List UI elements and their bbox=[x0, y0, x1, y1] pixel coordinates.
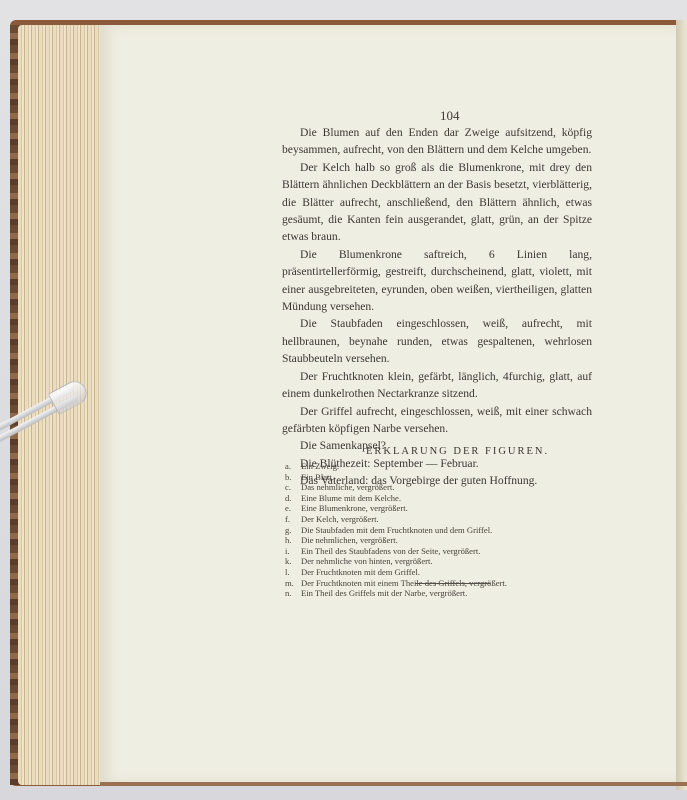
list-item: d.Eine Blume mit dem Kelche. bbox=[285, 493, 507, 504]
list-item: k.Der nehmliche von hinten, vergrößert. bbox=[285, 556, 507, 567]
paragraph: Der Kelch halb so groß als die Blumenkro… bbox=[282, 159, 592, 246]
paragraph: Die Blumen auf den Enden dar Zweige aufs… bbox=[282, 124, 592, 159]
list-item: a.Ein Zweig. bbox=[285, 461, 507, 472]
page-right-edge bbox=[676, 20, 687, 790]
figures-list: a.Ein Zweig. b.Ein Blatt. c.Das nehmlich… bbox=[285, 461, 507, 599]
list-item: h.Die nehmlichen, vergrößert. bbox=[285, 535, 507, 546]
cover-bottom-edge bbox=[100, 782, 687, 786]
paragraph: Die Blumenkrone saftreich, 6 Linien lang… bbox=[282, 246, 592, 316]
figures-heading: ERKLARUNG DER FIGUREN. bbox=[366, 446, 549, 457]
list-item: n.Ein Theil des Griffels mit der Narbe, … bbox=[285, 588, 507, 599]
list-item: g.Die Staubfaden mit dem Fruchtknoten un… bbox=[285, 525, 507, 536]
list-item: l.Der Fruchtknoten mit dem Griffel. bbox=[285, 567, 507, 578]
page-number: 104 bbox=[440, 108, 460, 124]
paragraph: Der Fruchtknoten klein, gefärbt, länglic… bbox=[282, 368, 592, 403]
list-item: f.Der Kelch, vergrößert. bbox=[285, 514, 507, 525]
description-text: Die Blumen auf den Enden dar Zweige aufs… bbox=[282, 124, 592, 490]
end-rule bbox=[415, 583, 490, 584]
list-item: e.Eine Blumenkrone, vergrößert. bbox=[285, 503, 507, 514]
paragraph: Die Staubfaden eingeschlossen, weiß, auf… bbox=[282, 315, 592, 367]
list-item: c.Das nehmliche, vergrößert. bbox=[285, 482, 507, 493]
paragraph: Der Griffel aufrecht, eingeschlossen, we… bbox=[282, 403, 592, 438]
list-item: i.Ein Theil des Staubfadens von der Seit… bbox=[285, 546, 507, 557]
list-item: b.Ein Blatt. bbox=[285, 472, 507, 483]
